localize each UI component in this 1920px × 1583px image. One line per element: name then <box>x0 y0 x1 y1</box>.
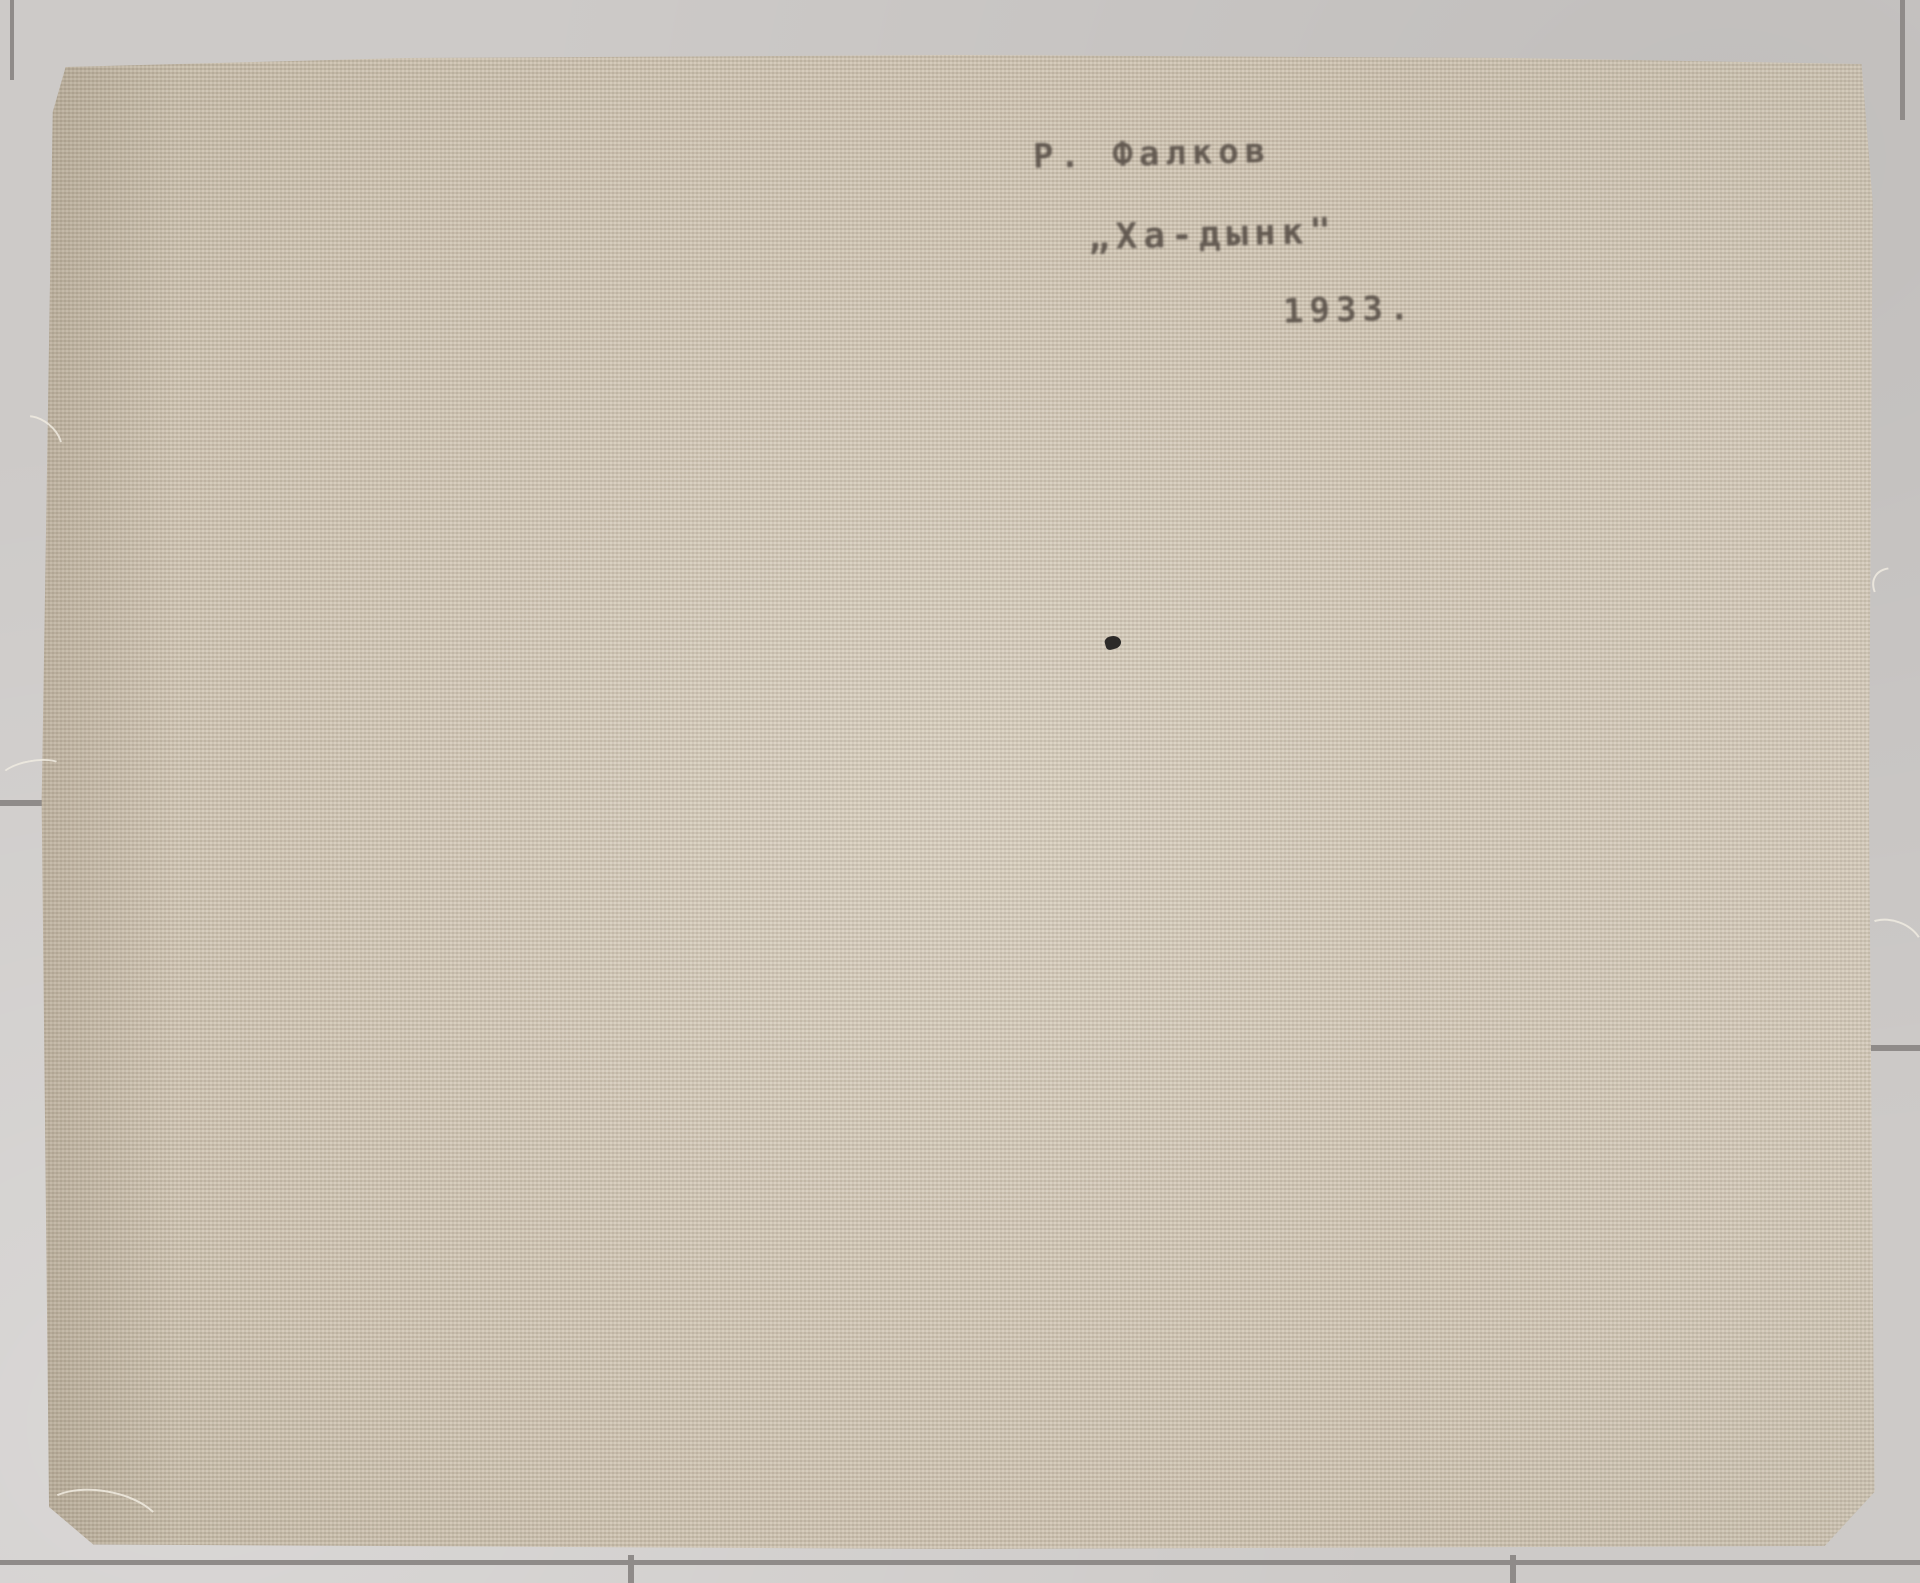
inscription-year: 1933. <box>1282 288 1415 331</box>
tile-grout-line <box>1900 0 1905 120</box>
tile-grout-line <box>1510 1555 1516 1583</box>
tile-grout-line <box>10 0 14 80</box>
tile-grout-line <box>0 1560 1920 1565</box>
canvas-highlight <box>1380 52 1880 1552</box>
paint-spot <box>1104 634 1123 651</box>
canvas-shadow <box>38 52 178 1552</box>
inscription-artist-name: Р. Фалков <box>1033 131 1272 177</box>
inscription-title: „Ха-дынк" <box>1088 211 1338 259</box>
linen-canvas-back: Р. Фалков „Ха-дынк" 1933. <box>38 52 1880 1552</box>
tile-grout-line <box>628 1555 634 1583</box>
